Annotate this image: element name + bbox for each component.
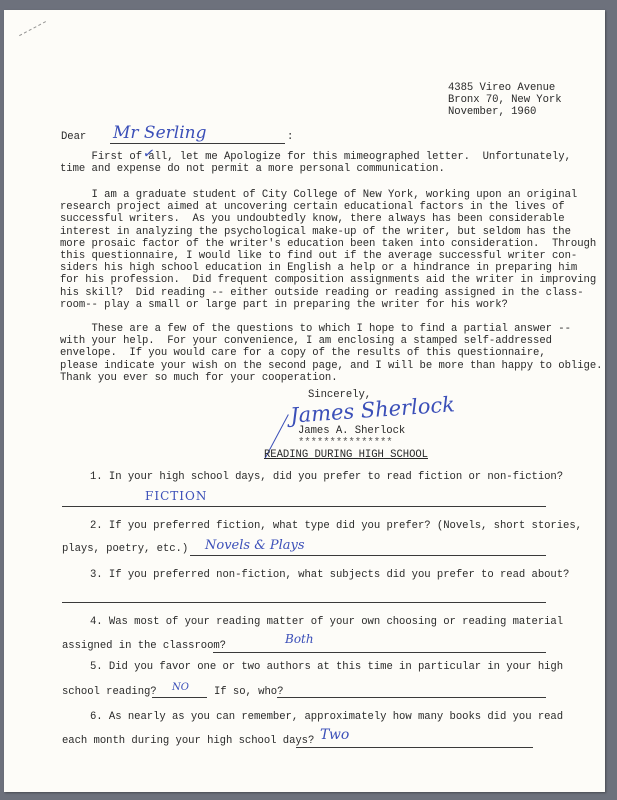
- return-address: 4385 Vireo AvenueBronx 70, New YorkNovem…: [448, 82, 562, 119]
- answer-1[interactable]: FICTION: [145, 489, 207, 503]
- answer-5-line: [152, 697, 207, 698]
- salutation-colon: :: [287, 131, 293, 143]
- signature-typed-name: James A. Sherlock: [298, 425, 405, 437]
- question-4-cont: assigned in the classroom?: [62, 640, 226, 652]
- question-5-followup: If so, who?: [214, 686, 283, 698]
- recipient-name-handwritten: Mr Serling: [113, 123, 206, 143]
- question-1: 1. In your high school days, did you pre…: [90, 471, 563, 483]
- salutation: Dear: [61, 131, 86, 143]
- answer-2[interactable]: Novels & Plays: [205, 538, 305, 553]
- question-5-cont: school reading?: [62, 686, 157, 698]
- answer-1-line: [62, 506, 546, 507]
- answer-5[interactable]: NO: [172, 682, 189, 693]
- answer-2-line: [190, 555, 546, 556]
- question-3: 3. If you preferred non-fiction, what su…: [90, 569, 569, 581]
- answer-4[interactable]: Both: [285, 632, 314, 646]
- answer-5-followup-line: [277, 697, 546, 698]
- question-2-cont: plays, poetry, etc.): [62, 543, 188, 555]
- question-6-cont: each month during your high school days?: [62, 735, 314, 747]
- question-2: 2. If you preferred fiction, what type d…: [90, 520, 582, 532]
- paragraph-apology: First of all, let me Apologize for this …: [60, 151, 571, 175]
- questionnaire-heading: READING DURING HIGH SCHOOL: [264, 449, 428, 461]
- question-6: 6. As nearly as you can remember, approx…: [90, 711, 563, 723]
- paragraph-request: These are a few of the questions to whic…: [60, 323, 602, 384]
- answer-6[interactable]: Two: [320, 727, 349, 743]
- answer-3-line: [62, 602, 546, 603]
- answer-6-line: [296, 747, 533, 748]
- answer-4-line: [213, 652, 546, 653]
- letter-page: [4, 10, 605, 792]
- question-5: 5. Did you favor one or two authors at t…: [90, 661, 563, 673]
- recipient-underline: [110, 143, 285, 144]
- paragraph-introduction: I am a graduate student of City College …: [60, 189, 596, 311]
- question-4: 4. Was most of your reading matter of yo…: [90, 616, 563, 628]
- signature-rule: ***************: [298, 437, 393, 449]
